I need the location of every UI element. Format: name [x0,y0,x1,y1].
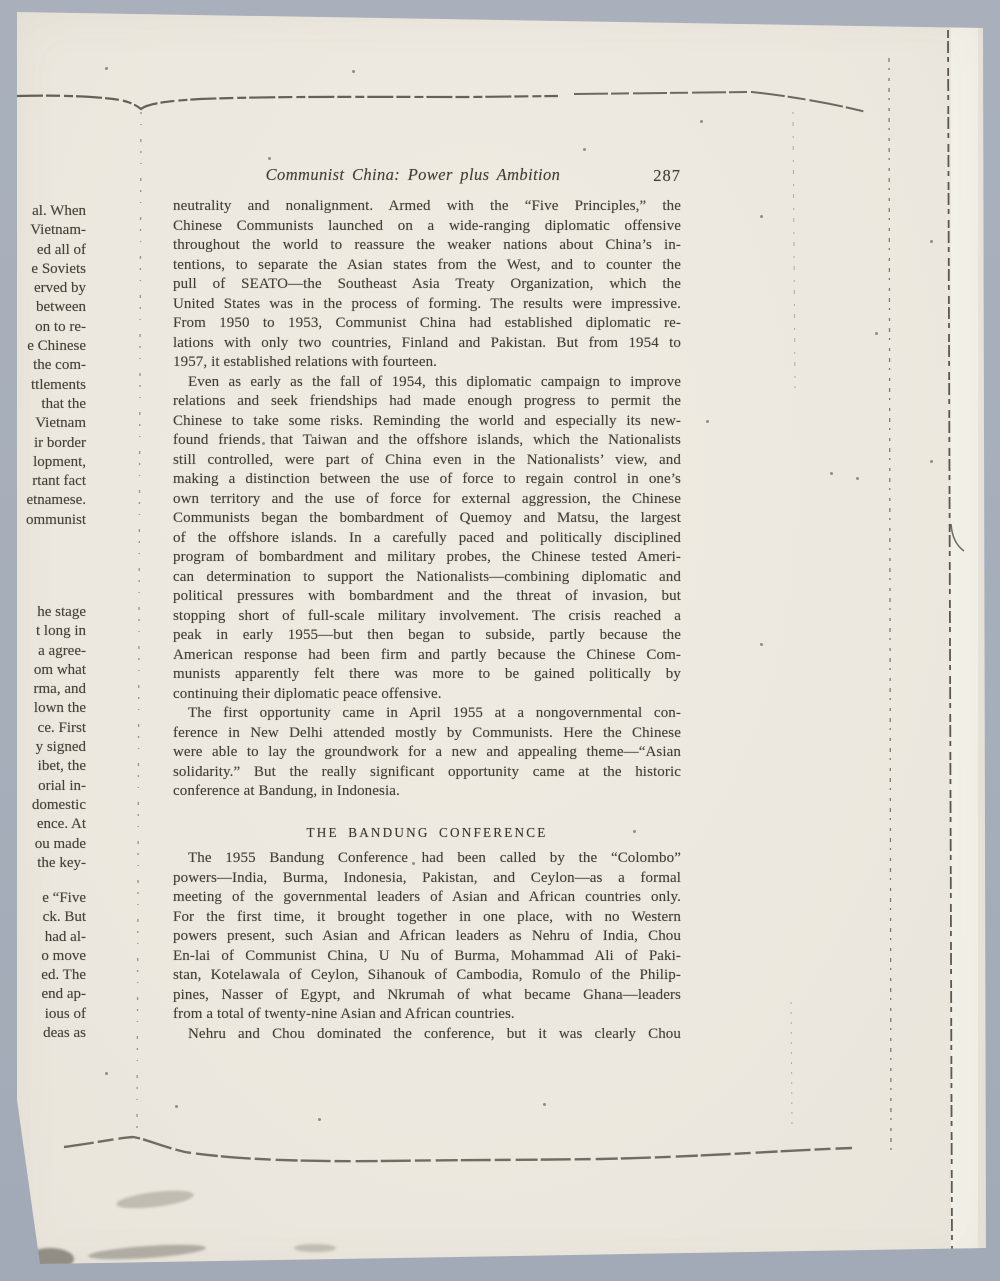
running-head: Communist China: Power plus Ambition 287 [173,165,681,187]
scan-artifact-faint-vertical-lower [791,1002,792,1128]
fragment-line: erved by [0,279,86,298]
fragment-line: lown the [0,699,86,718]
page-number: 287 [653,166,681,186]
toner-speck [930,460,933,463]
fragment-line: orial in- [0,777,86,796]
text-line: Even as early as the fall of 1954, this … [173,373,681,393]
fragment-line: al. When [0,202,86,221]
toner-speck [706,420,709,423]
fragment-line: Vietnam [0,414,86,433]
text-line: For the first time, it brought together … [173,908,681,928]
fragment-line: t long in [0,622,86,641]
fragment-line: ttlements [0,376,86,395]
text-line: political pressures with bombardment and… [173,587,681,607]
fragment-line: Vietnam- [0,221,86,240]
toner-speck [930,240,933,243]
toner-speck [633,830,636,833]
text-line: of the offshore islands. In a carefully … [173,529,681,549]
text-line: Chinese Communists launched on a wide-ra… [173,217,681,237]
toner-smudge [88,1242,207,1262]
scan-artifact-faint-vertical-upper [793,112,795,388]
toner-speck [543,1103,546,1106]
text-line: throughout the world to reassure the wea… [173,236,681,256]
toner-speck [105,67,108,70]
text-line: 1957, it established relations with four… [173,353,681,373]
underlying-page-edge [951,26,978,1250]
paragraph: The 1955 Bandung Conference had been cal… [173,849,681,1025]
text-line: making a distinction between the use of … [173,470,681,490]
chapter-title: Communist China: Power plus Ambition [159,165,667,185]
fragment-line: that the [0,395,86,414]
paragraph: The first opportunity came in April 1955… [173,704,681,802]
paragraph: Nehru and Chou dominated the conference,… [173,1025,681,1045]
fragment-line: ibet, the [0,757,86,776]
fragment-line: ck. But [0,908,86,927]
facing-page-text-fragments-group-1: al. WhenVietnam-ed all ofe Sovietserved … [0,202,88,530]
text-line: relations and seek friendships had made … [173,392,681,412]
text-line: peak in early 1955—but then began to sub… [173,626,681,646]
paper-sheet: al. WhenVietnam-ed all ofe Sovietserved … [0,0,1000,1281]
fragment-line: etnamese. [0,491,86,510]
text-line: still controlled, were part of China eve… [173,451,681,471]
fragment-line: the key- [0,854,86,873]
fragment-line: lopment, [0,453,86,472]
text-line: Communists began the bombardment of Quem… [173,509,681,529]
scan-artifact-inner-right-vertical-line [889,58,891,1158]
text-line: neutrality and nonalignment. Armed with … [173,197,681,217]
text-line: stopping short of full-scale military in… [173,607,681,627]
text-line: program of bombardment and military prob… [173,548,681,568]
text-line: From 1950 to 1953, Communist China had e… [173,314,681,334]
fragment-line: e Soviets [0,260,86,279]
fragment-line: ed. The [0,966,86,985]
text-line: from a total of twenty-nine Asian and Af… [173,1005,681,1025]
fragment-line: ommunist [0,511,86,530]
facing-page-text-fragments-group-2: he staget long ina agree-om whatrma, and… [0,603,88,873]
text-line: own territory and the use of force for e… [173,490,681,510]
toner-speck [700,120,703,123]
toner-speck [583,148,586,151]
paragraph: neutrality and nonalignment. Armed with … [173,197,681,373]
text-line: were able to lay the groundwork for a ne… [173,743,681,763]
text-line: lations with only two countries, Finland… [173,334,681,354]
text-line: conference at Bandung, in Indonesia. [173,782,681,802]
scan-artifact-top-line [17,96,558,109]
fragment-line: he stage [0,603,86,622]
fragment-line: o move [0,947,86,966]
toner-speck [352,70,355,73]
toner-speck [318,1118,321,1121]
toner-speck [760,215,763,218]
text-line: powers—India, Burma, Indonesia, Pakistan… [173,869,681,889]
text-line: can determination to support the Nationa… [173,568,681,588]
toner-smudge [294,1244,336,1252]
toner-speck [175,1105,178,1108]
toner-speck [856,477,859,480]
text-line: munists apparently felt there was more t… [173,665,681,685]
text-line: powers present, such Asian and African l… [173,927,681,947]
scan-artifact-top-line-right [574,92,866,112]
text-line: United States was in the process of form… [173,295,681,315]
text-line: The 1955 Bandung Conference had been cal… [173,849,681,869]
fragment-line: domestic [0,796,86,815]
toner-speck [105,1072,108,1075]
fragment-line: rma, and [0,680,86,699]
text-line: meeting of the governmental leaders of A… [173,888,681,908]
fragment-line: on to re- [0,318,86,337]
fragment-line: rtant fact [0,472,86,491]
fragment-line: ce. First [0,719,86,738]
text-line: En-lai of Communist China, U Nu of Burma… [173,947,681,967]
fragment-line: om what [0,661,86,680]
toner-speck [268,157,271,160]
text-line: American response had been firm and part… [173,646,681,666]
paragraph: Even as early as the fall of 1954, this … [173,373,681,705]
text-line: stan, Kotelawala of Ceylon, Sihanouk of … [173,966,681,986]
text-line: solidarity.” But the really significant … [173,763,681,783]
text-line: pull of SEATO—the Southeast Asia Treaty … [173,275,681,295]
fragment-line: ious of [0,1005,86,1024]
toner-smudge [115,1187,194,1211]
toner-speck [412,862,415,865]
scan-artifact-bottom-line [64,1137,852,1161]
fragment-line: had al- [0,928,86,947]
fragment-line: deas as [0,1024,86,1043]
scan-artifact-left-vertical-line [137,112,141,1136]
text-line: continuing their diplomatic peace offens… [173,685,681,705]
fragment-line: e Chinese [0,337,86,356]
fragment-line: a agree- [0,642,86,661]
fragment-line: ou made [0,835,86,854]
main-text-column: neutrality and nonalignment. Armed with … [173,197,681,1044]
fragment-line: between [0,298,86,317]
facing-page-text-fragments-group-3: e “Fiveck. Buthad al-o moveed. Theend ap… [0,889,88,1043]
section-heading: THE BANDUNG CONFERENCE [173,823,681,843]
fragment-line: y signed [0,738,86,757]
fragment-line: ence. At [0,815,86,834]
text-line: ference in New Delhi attended mostly by … [173,724,681,744]
text-line: Nehru and Chou dominated the conference,… [173,1025,681,1045]
toner-speck [875,332,878,335]
scanned-book-page: al. WhenVietnam-ed all ofe Sovietserved … [0,0,1000,1281]
text-line: The first opportunity came in April 1955… [173,704,681,724]
text-line: pines, Nasser of Egypt, and Nkrumah of w… [173,986,681,1006]
fragment-line: end ap- [0,985,86,1004]
fragment-line: ir border [0,434,86,453]
text-line: found friends that Taiwan and the offsho… [173,431,681,451]
text-line: Chinese to take some risks. Reminding th… [173,412,681,432]
fragment-line: the com- [0,356,86,375]
fragment-line: e “Five [0,889,86,908]
toner-speck [830,472,833,475]
toner-speck [262,442,265,445]
fragment-line: ed all of [0,241,86,260]
text-line: tentions, to separate the Asian states f… [173,256,681,276]
toner-smudge [26,1248,74,1270]
toner-speck [760,643,763,646]
